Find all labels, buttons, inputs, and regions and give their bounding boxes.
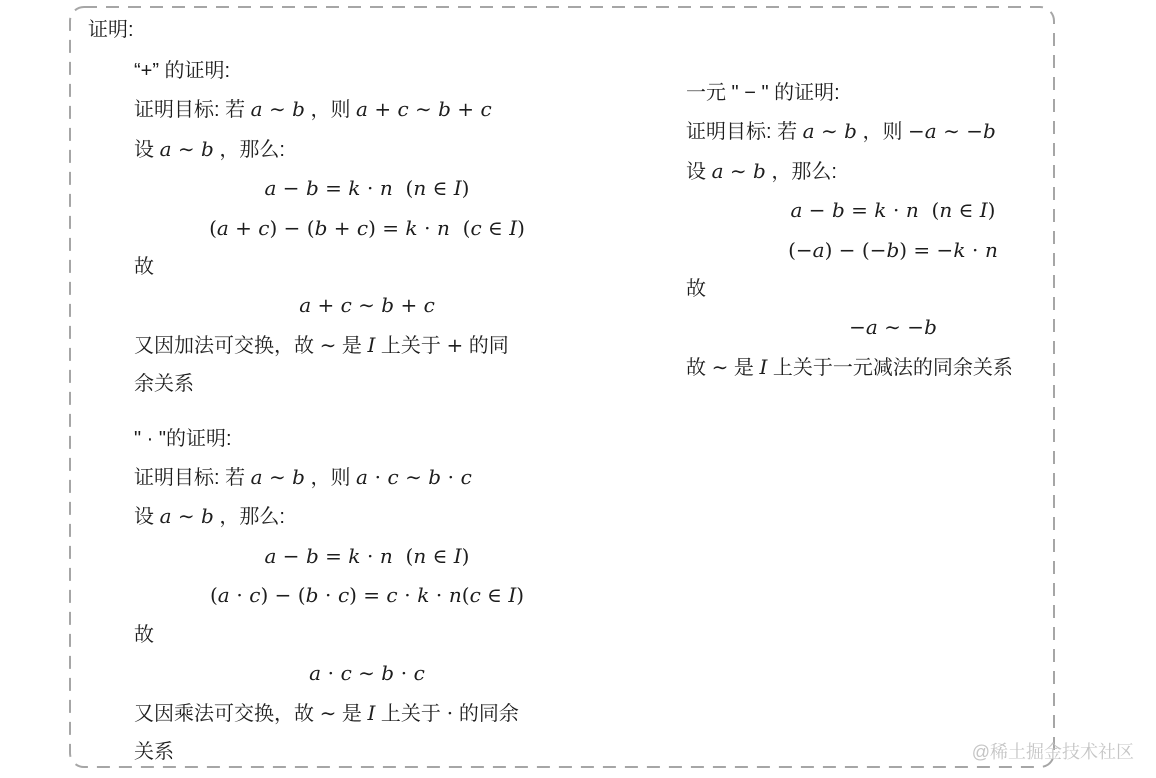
section-heading: “+” 的证明: xyxy=(134,52,600,90)
proof-section-unary-minus: 一元 " − " 的证明:证明目标: 若 a ∼ b ，则 −a ∼ −b设 a… xyxy=(686,74,1100,387)
display-equation: −a ∼ −b xyxy=(686,308,1100,347)
proof-section-times: " · "的证明:证明目标: 若 a ∼ b ，则 a ⋅ c ∼ b ⋅ c设… xyxy=(134,420,600,772)
proof-text-line: 证明目标: 若 a ∼ b ，则 a ⋅ c ∼ b ⋅ c xyxy=(134,458,600,497)
proof-text-line: 设 a ∼ b ，那么: xyxy=(686,152,1100,191)
watermark: @稀土掘金技术社区 xyxy=(972,740,1134,764)
display-equation: a − b = k ⋅ n (n ∈ I) xyxy=(686,191,1100,230)
proof-note-page: 证明: “+” 的证明:证明目标: 若 a ∼ b ，则 a + c ∼ b +… xyxy=(0,0,1156,778)
display-equation: a − b = k ⋅ n (n ∈ I) xyxy=(134,537,600,576)
display-equation: (a ⋅ c) − (b ⋅ c) = c ⋅ k ⋅ n(c ∈ I) xyxy=(134,576,600,615)
proof-text-line: 故 ∼ 是 I 上关于一元减法的同余关系 xyxy=(686,348,1100,387)
display-equation: a + c ∼ b + c xyxy=(134,286,600,325)
proof-title: 证明: xyxy=(88,17,134,43)
proof-text-line: 故 xyxy=(134,248,600,286)
proof-text-line: 又因加法可交换，故 ∼ 是 I 上关于 + 的同 xyxy=(134,326,600,365)
proof-text-line: 设 a ∼ b ，那么: xyxy=(134,130,600,169)
display-equation: a ⋅ c ∼ b ⋅ c xyxy=(134,654,600,693)
proof-text-line: 又因乘法可交换，故 ∼ 是 I 上关于 ⋅ 的同余 xyxy=(134,694,600,733)
proof-column-left: “+” 的证明:证明目标: 若 a ∼ b ，则 a + c ∼ b + c设 … xyxy=(134,52,600,771)
proof-column-right: 一元 " − " 的证明:证明目标: 若 a ∼ b ，则 −a ∼ −b设 a… xyxy=(686,74,1100,387)
proof-text-line: 关系 xyxy=(134,733,600,771)
proof-section-plus: “+” 的证明:证明目标: 若 a ∼ b ，则 a + c ∼ b + c设 … xyxy=(134,52,600,404)
proof-text-line: 故 xyxy=(686,270,1100,308)
proof-text-line: 证明目标: 若 a ∼ b ，则 −a ∼ −b xyxy=(686,112,1100,151)
section-heading: 一元 " − " 的证明: xyxy=(686,74,1100,112)
display-equation: a − b = k ⋅ n (n ∈ I) xyxy=(134,169,600,208)
proof-text-line: 余关系 xyxy=(134,365,600,403)
section-heading: " · "的证明: xyxy=(134,420,600,458)
proof-text-line: 设 a ∼ b ，那么: xyxy=(134,497,600,536)
display-equation: (−a) − (−b) = −k ⋅ n xyxy=(686,231,1100,270)
proof-text-line: 故 xyxy=(134,616,600,654)
proof-text-line: 证明目标: 若 a ∼ b ，则 a + c ∼ b + c xyxy=(134,90,600,129)
display-equation: (a + c) − (b + c) = k ⋅ n (c ∈ I) xyxy=(134,209,600,248)
